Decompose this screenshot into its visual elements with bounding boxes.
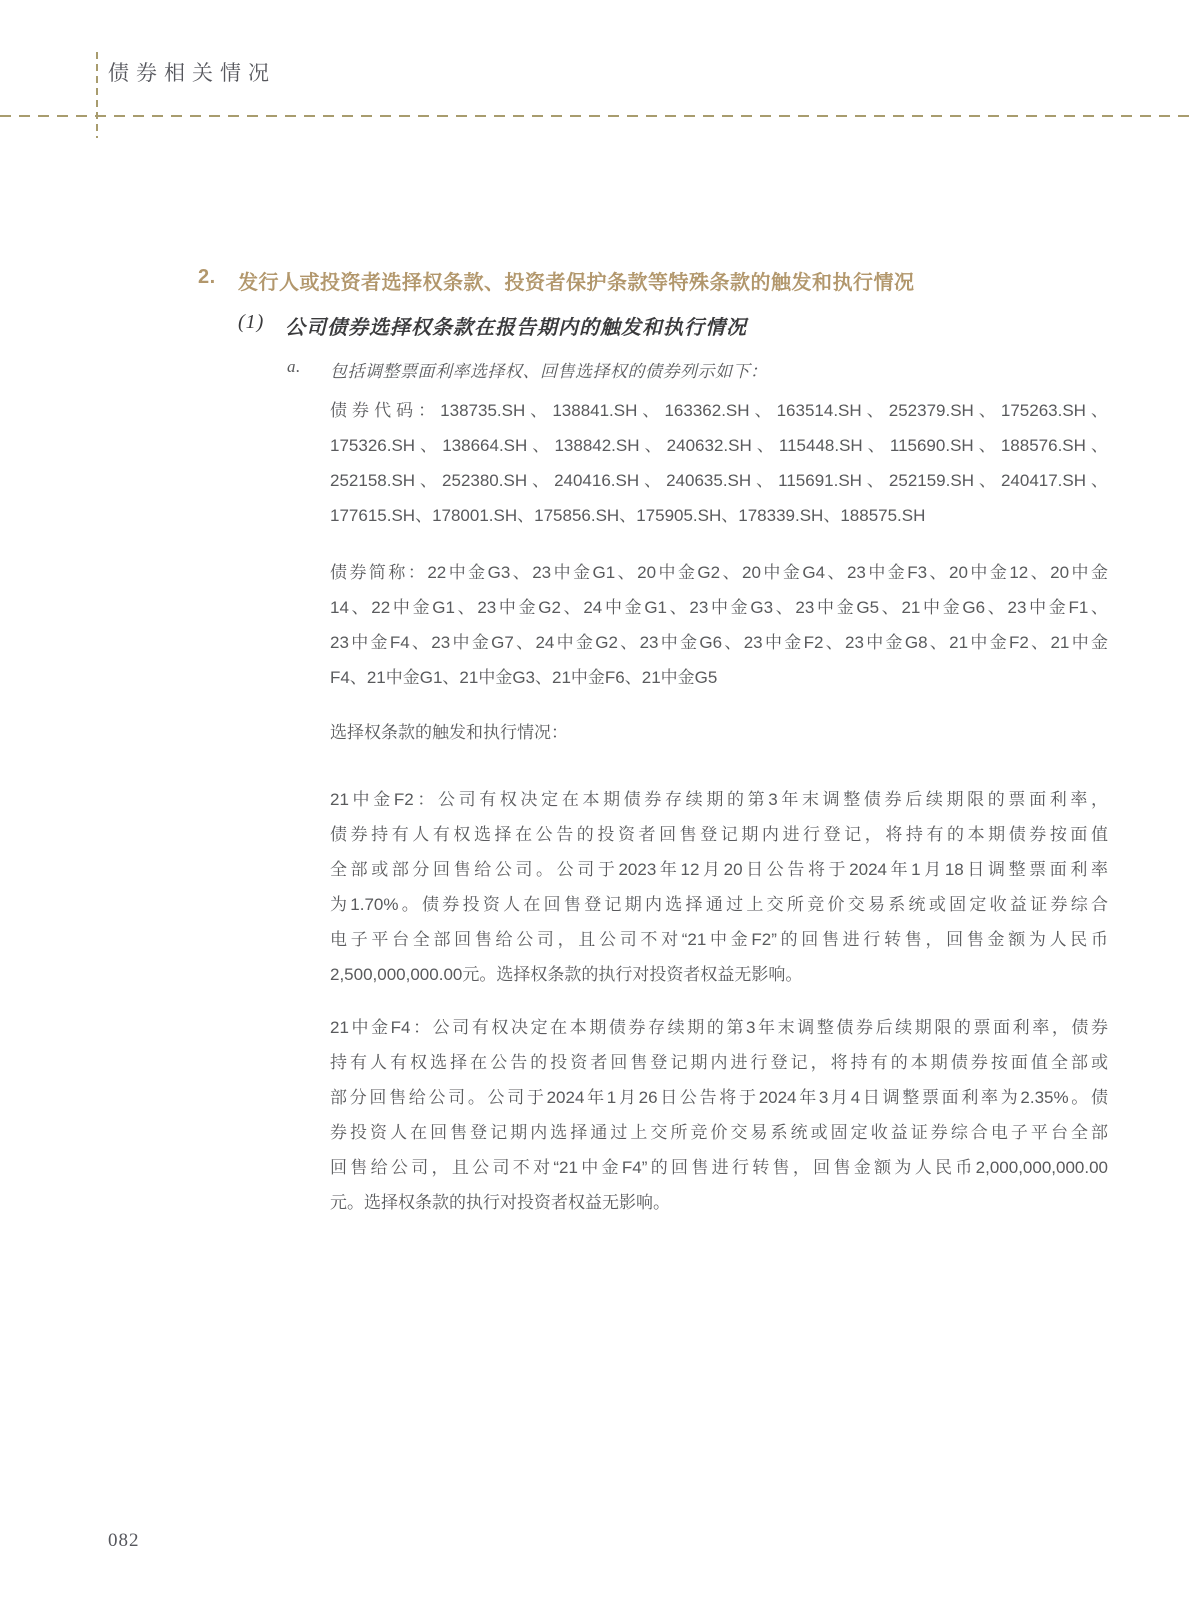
paragraph-line: 债券简称：22中金G3、23中金G1、20中金G2、20中金G4、23中金F3、… [330, 555, 1108, 590]
paragraph-bond-21-zhongjin-F2: 21中金F2：公司有权决定在本期债券存续期的第3年末调整债券后续期限的票面利率，… [330, 782, 1108, 992]
subsection-heading: (1) 公司债券选择权条款在报告期内的触发和执行情况 [238, 311, 1118, 340]
document-page: 债券相关情况 2. 发行人或投资者选择权条款、投资者保护条款等特殊条款的触发和执… [0, 0, 1190, 1615]
section-number: 2. [198, 266, 238, 295]
paragraph-line: 电子平台全部回售给公司，且公司不对“21中金F2”的回售进行转售，回售金额为人民… [330, 922, 1108, 957]
paragraph-line: 177615.SH、178001.SH、175856.SH、175905.SH、… [330, 498, 1108, 533]
paragraph-line: 14、22中金G1、23中金G2、24中金G1、23中金G3、23中金G5、21… [330, 590, 1108, 625]
paragraph-line: 持有人有权选择在公告的投资者回售登记期内进行登记，将持有的本期债券按面值全部或 [330, 1045, 1108, 1080]
paragraph-line: 全部或部分回售给公司。公司于2023年12月20日公告将于2024年1月18日调… [330, 852, 1108, 887]
paragraph-line: 部分回售给公司。公司于2024年1月26日公告将于2024年3月4日调整票面利率… [330, 1080, 1108, 1115]
item-a-heading: a. 包括调整票面利率选择权、回售选择权的债券列示如下： [287, 357, 1117, 382]
paragraph-line: 21中金F2：公司有权决定在本期债券存续期的第3年末调整债券后续期限的票面利率， [330, 782, 1108, 817]
paragraph-line: 23中金F4、23中金G7、24中金G2、23中金G6、23中金F2、23中金G… [330, 625, 1108, 660]
item-a-number: a. [287, 357, 330, 382]
paragraph-line: 21中金F4：公司有权决定在本期债券存续期的第3年末调整债券后续期限的票面利率，… [330, 1010, 1108, 1045]
paragraph-bond-short-names: 债券简称：22中金G3、23中金G1、20中金G2、20中金G4、23中金F3、… [330, 555, 1108, 695]
item-a-text: 包括调整票面利率选择权、回售选择权的债券列示如下： [330, 357, 768, 382]
paragraph-line: 252158.SH、252380.SH、240416.SH、240635.SH、… [330, 463, 1108, 498]
paragraph-option-clause-intro: 选择权条款的触发和执行情况： [330, 715, 1108, 750]
paragraph-line: 回售给公司，且公司不对“21中金F4”的回售进行转售，回售金额为人民币2,000… [330, 1150, 1108, 1185]
paragraph-line: 债券持有人有权选择在公告的投资者回售登记期内进行登记，将持有的本期债券按面值 [330, 817, 1108, 852]
paragraph-line: 选择权条款的触发和执行情况： [330, 715, 1108, 750]
header-dashed-line-vertical [96, 52, 98, 138]
paragraph-line: 2,500,000,000.00元。选择权条款的执行对投资者权益无影响。 [330, 957, 1108, 992]
subsection-title: 公司债券选择权条款在报告期内的触发和执行情况 [285, 311, 747, 340]
paragraph-bond-codes: 债券代码：138735.SH、138841.SH、163362.SH、16351… [330, 393, 1108, 533]
paragraph-line: 债券代码：138735.SH、138841.SH、163362.SH、16351… [330, 393, 1108, 428]
paragraph-line: 为1.70%。债券投资人在回售登记期内选择通过上交所竞价交易系统或固定收益证券综… [330, 887, 1108, 922]
section-heading: 2. 发行人或投资者选择权条款、投资者保护条款等特殊条款的触发和执行情况 [198, 266, 1118, 295]
page-header-title: 债券相关情况 [108, 57, 276, 87]
header-dashed-line-horizontal [0, 115, 1190, 117]
page-number: 082 [108, 1530, 140, 1552]
section-title: 发行人或投资者选择权条款、投资者保护条款等特殊条款的触发和执行情况 [238, 266, 915, 295]
subsection-number: (1) [238, 311, 285, 340]
body-paragraphs: 债券代码：138735.SH、138841.SH、163362.SH、16351… [330, 393, 1108, 1220]
paragraph-line: F4、21中金G1、21中金G3、21中金F6、21中金G5 [330, 660, 1108, 695]
paragraph-bond-21-zhongjin-F4: 21中金F4：公司有权决定在本期债券存续期的第3年末调整债券后续期限的票面利率，… [330, 1010, 1108, 1220]
paragraph-line: 券投资人在回售登记期内选择通过上交所竞价交易系统或固定收益证券综合电子平台全部 [330, 1115, 1108, 1150]
paragraph-line: 175326.SH、138664.SH、138842.SH、240632.SH、… [330, 428, 1108, 463]
paragraph-line: 元。选择权条款的执行对投资者权益无影响。 [330, 1185, 1108, 1220]
